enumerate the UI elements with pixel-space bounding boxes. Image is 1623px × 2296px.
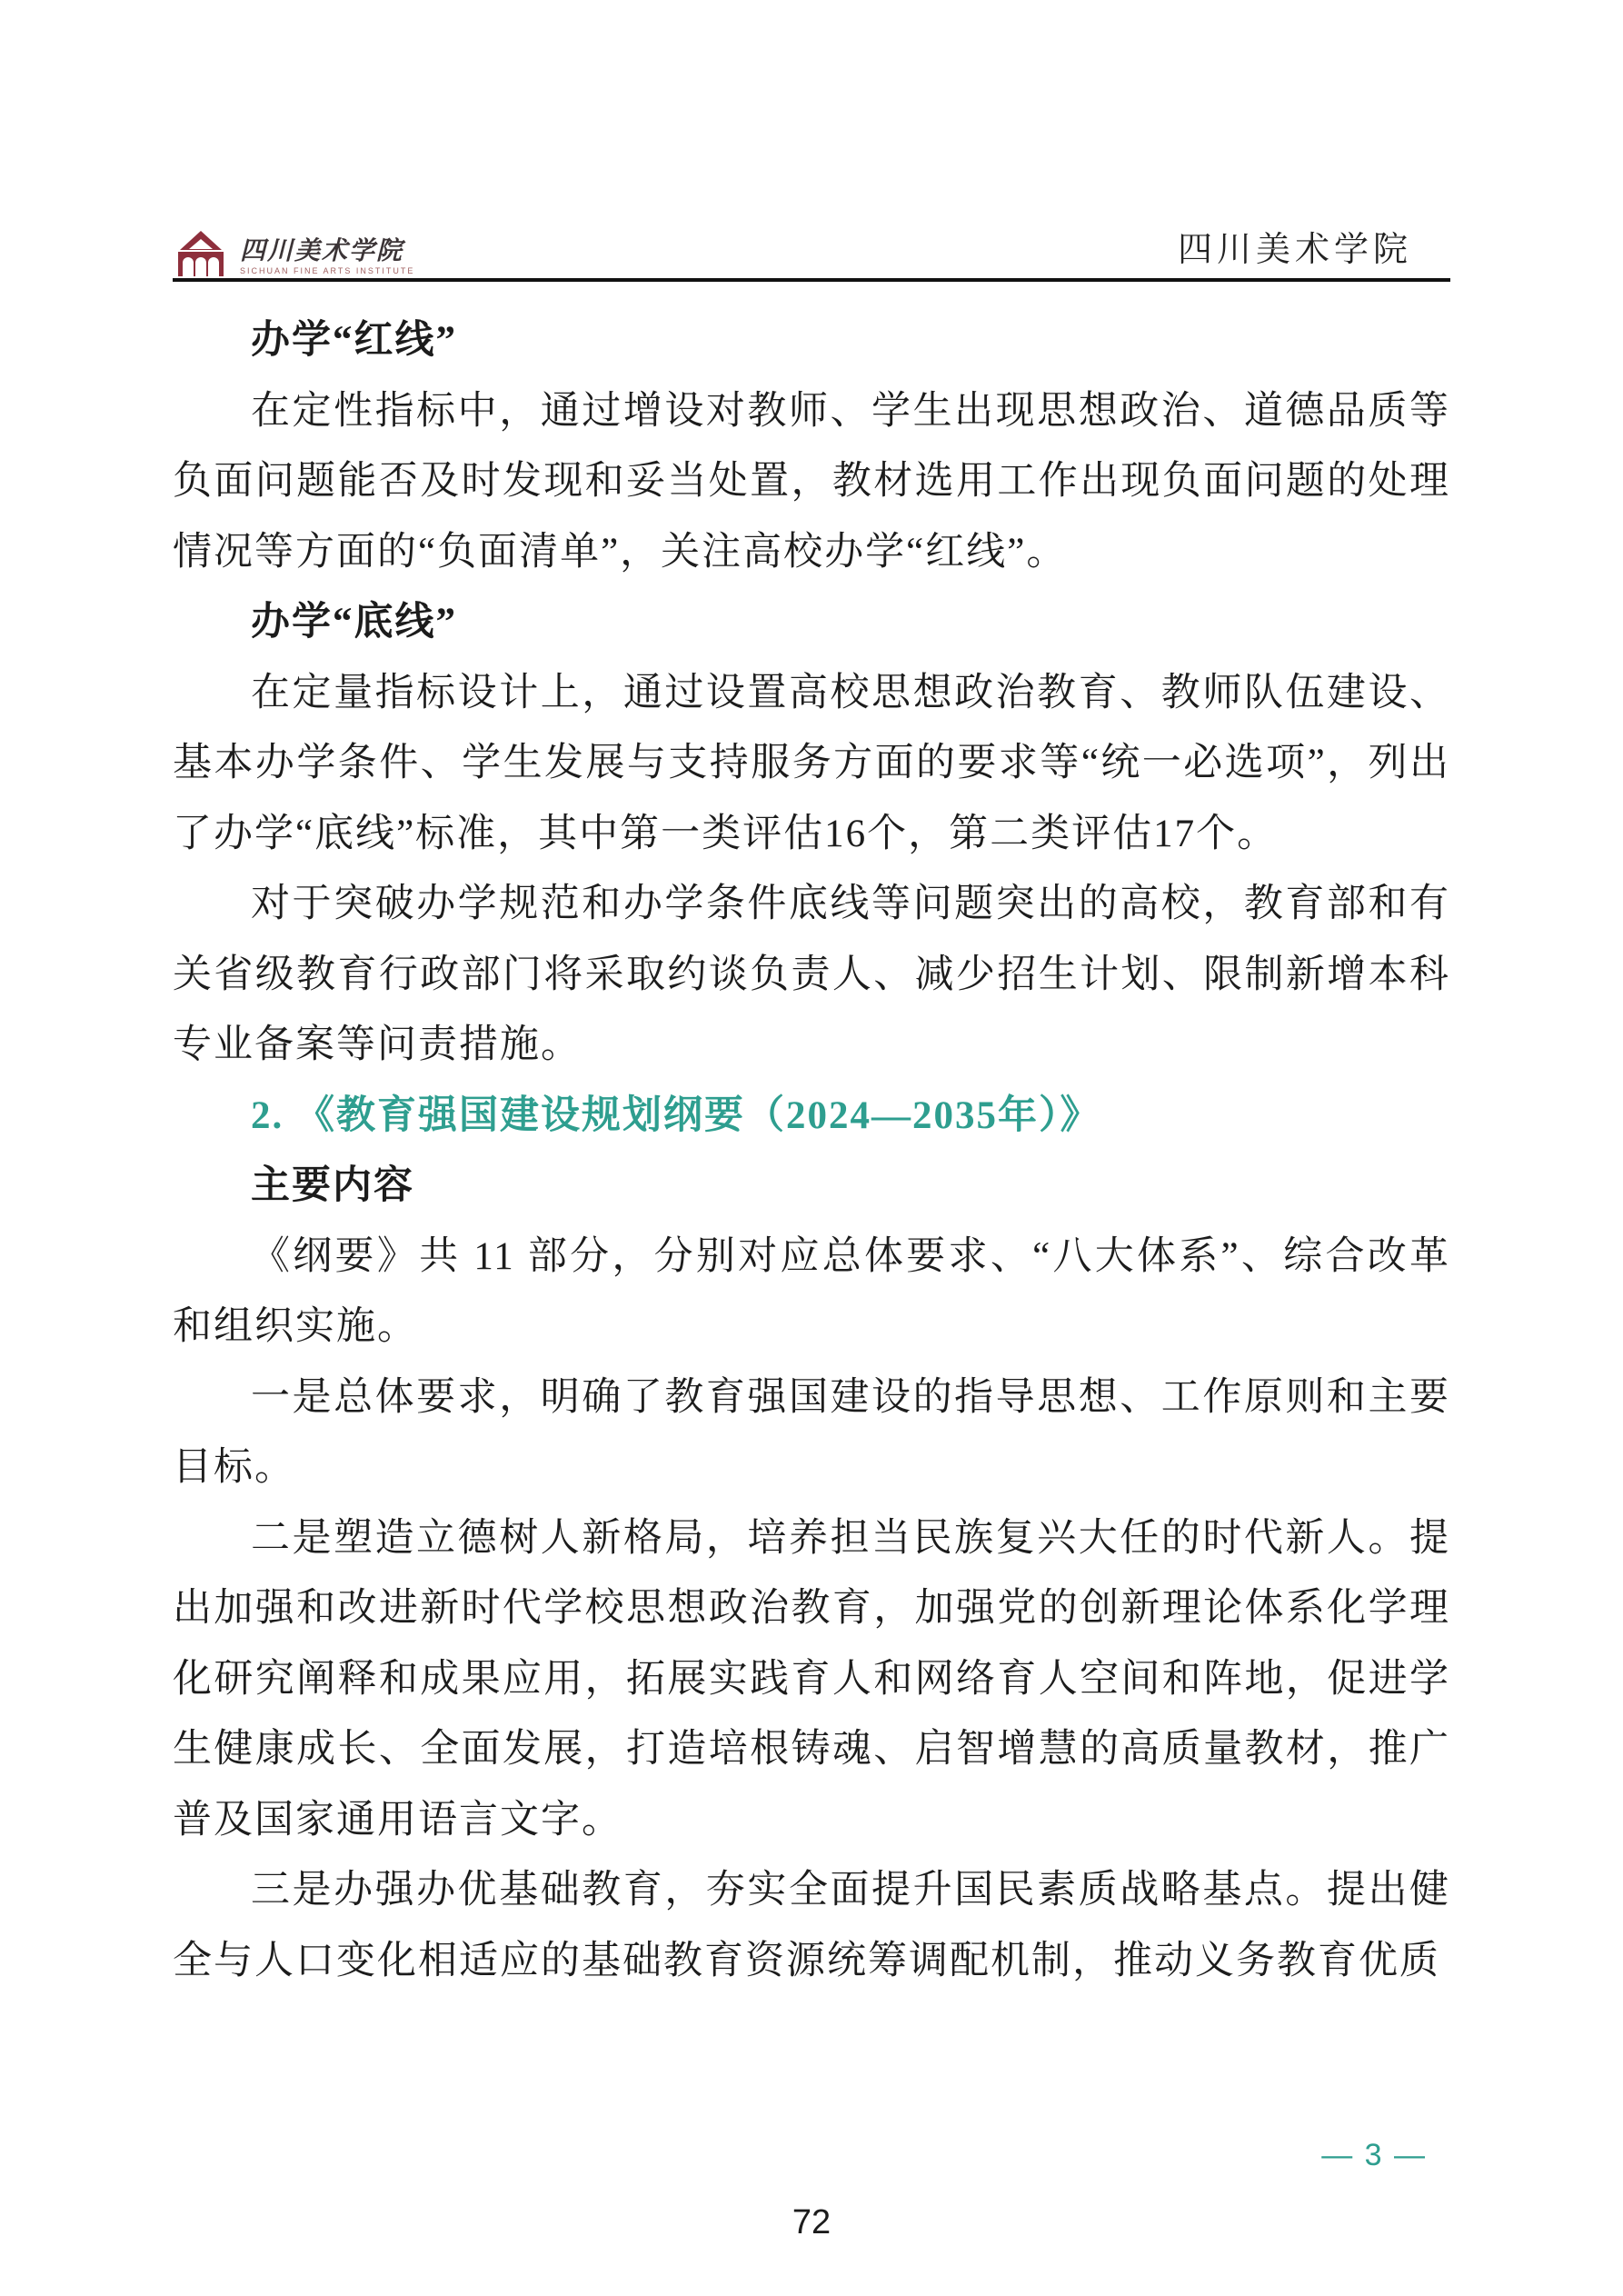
section-heading-main-content: 主要内容 [173, 1151, 1450, 1222]
header-school-name: 四川美术学院 [1178, 221, 1450, 278]
logo-english-subtitle: SICHUAN FINE ARTS INSTITUTE [240, 267, 414, 275]
university-logo: 四川美术学院 SICHUAN FINE ARTS INSTITUTE [173, 231, 414, 278]
page-marker: — 3 — [1321, 2138, 1427, 2173]
paragraph: 《纲要》共 11 部分，分别对应总体要求、“八大体系”、综合改革和组织实施。 [173, 1222, 1450, 1363]
section-heading-red-line: 办学“红线” [173, 305, 1450, 376]
paragraph: 一是总体要求，明确了教育强国建设的指导思想、工作原则和主要目标。 [173, 1363, 1450, 1503]
paragraph: 三是办强办优基础教育，夯实全面提升国民素质战略基点。提出健全与人口变化相适应的基… [173, 1855, 1450, 1996]
logo-text-block: 四川美术学院 SICHUAN FINE ARTS INSTITUTE [240, 238, 414, 276]
paragraph: 对于突破办学规范和办学条件底线等问题突出的高校，教育部和有关省级教育行政部门将采… [173, 869, 1450, 1081]
paragraph: 在定量指标设计上，通过设置高校思想政治教育、教师队伍建设、基本办学条件、学生发展… [173, 658, 1450, 870]
section-heading-outline-2024-2035: 2. 《教育强国建设规划纲要（2024—2035年）》 [173, 1081, 1450, 1152]
logo-calligraphy-text: 四川美术学院 [240, 238, 414, 264]
document-page: 四川美术学院 SICHUAN FINE ARTS INSTITUTE 四川美术学… [0, 0, 1623, 2296]
paragraph: 在定性指标中，通过增设对教师、学生出现思想政治、道德品质等负面问题能否及时发现和… [173, 376, 1450, 588]
page-number: 72 [0, 2203, 1623, 2242]
page-header: 四川美术学院 SICHUAN FINE ARTS INSTITUTE 四川美术学… [173, 225, 1450, 282]
arch-gate-icon [173, 231, 229, 276]
document-body: 办学“红线” 在定性指标中，通过增设对教师、学生出现思想政治、道德品质等负面问题… [173, 305, 1450, 1996]
section-heading-bottom-line: 办学“底线” [173, 587, 1450, 658]
paragraph: 二是塑造立德树人新格局，培养担当民族复兴大任的时代新人。提出加强和改进新时代学校… [173, 1503, 1450, 1856]
